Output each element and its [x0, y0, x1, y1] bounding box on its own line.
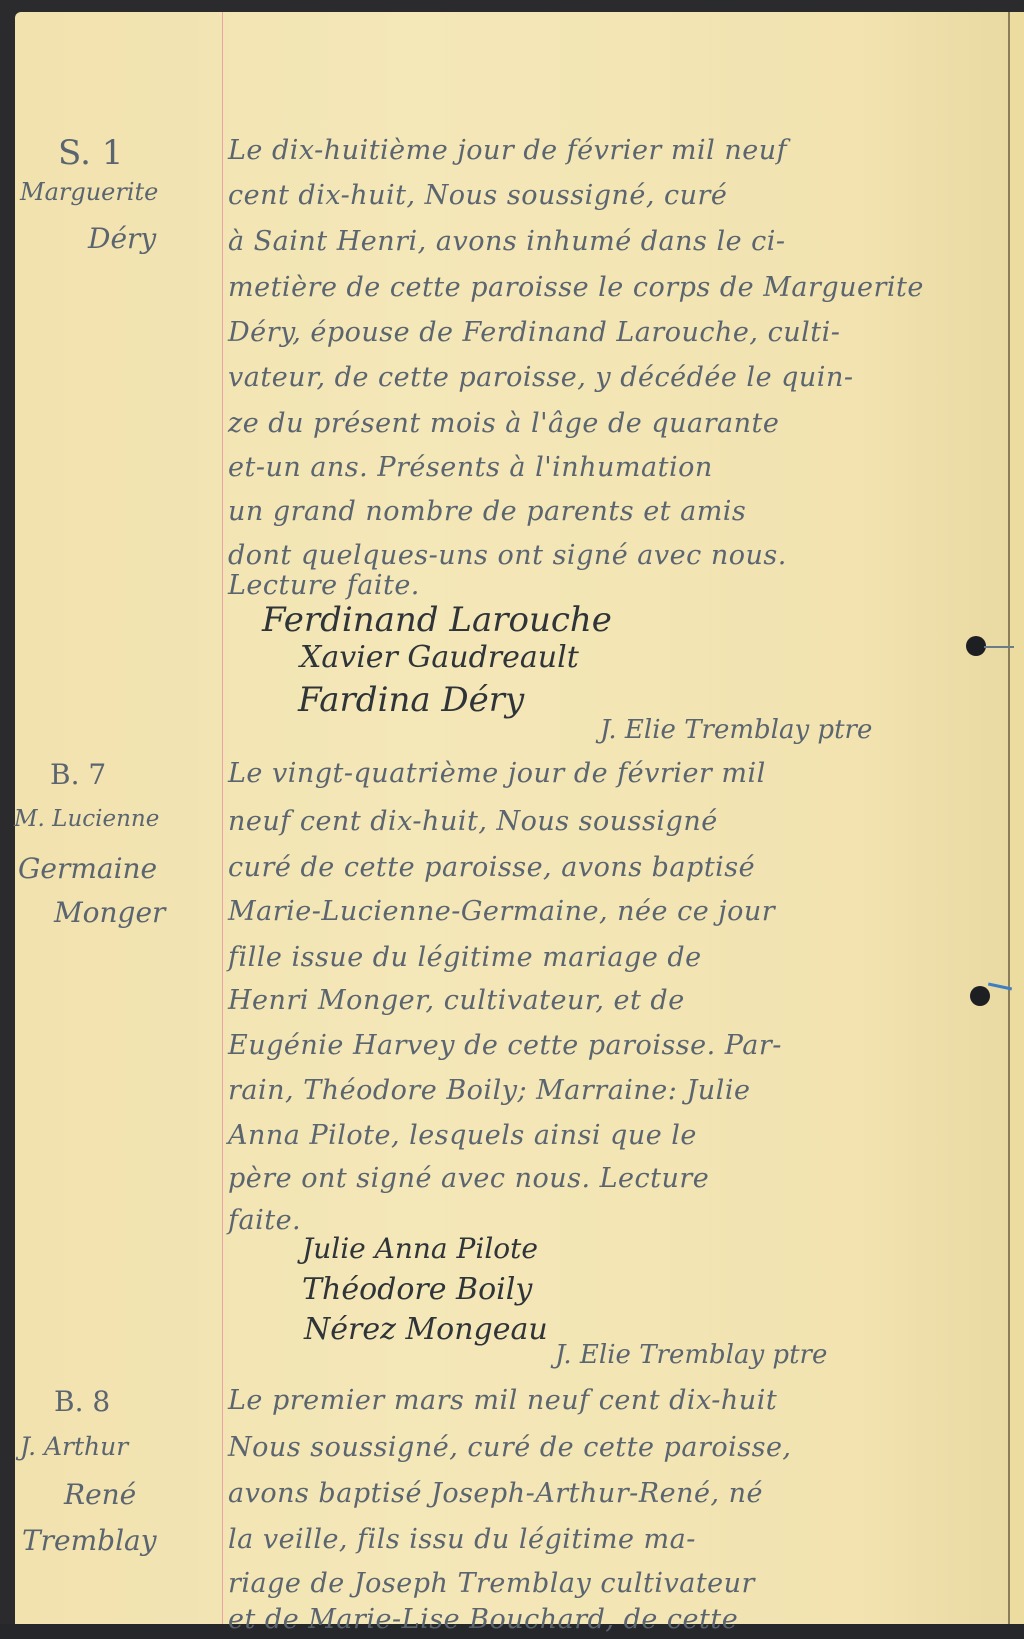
entry-line: la veille, fils issu du légitime ma- [228, 1524, 696, 1555]
entry-line: curé de cette paroisse, avons baptisé [228, 852, 755, 883]
priest-signature: J. Elie Tremblay ptre [600, 715, 872, 745]
signature: Julie Anna Pilote [302, 1232, 538, 1265]
entry-line: faite. [228, 1205, 301, 1236]
signature: Théodore Boily [302, 1272, 532, 1307]
margin-surname: Monger [54, 896, 165, 929]
entry-line: Déry, épouse de Ferdinand Larouche, cult… [228, 317, 840, 348]
entry-line: fille issue du légitime mariage de [228, 942, 702, 973]
priest-signature: J. Elie Tremblay ptre [555, 1340, 827, 1370]
margin-surname: Déry [88, 222, 156, 255]
entry-line: un grand nombre de parents et amis [228, 496, 746, 527]
entry-line: avons baptisé Joseph-Arthur-René, né [228, 1478, 763, 1509]
margin-name: J. Arthur [20, 1432, 128, 1461]
binding-hole-icon [966, 636, 986, 656]
margin-name: Germaine [18, 852, 157, 885]
margin-name: M. Lucienne [14, 806, 159, 832]
signature: Ferdinand Larouche [262, 600, 612, 640]
entry-line: Le dix-huitième jour de février mil neuf [228, 135, 787, 166]
thread-mark [984, 646, 1014, 648]
entry-line: et-un ans. Présents à l'inhumation [228, 452, 713, 483]
entry-line: Anna Pilote, lesquels ainsi que le [228, 1120, 697, 1151]
margin-name: Marguerite [20, 178, 158, 206]
entry-line: Le premier mars mil neuf cent dix-huit [228, 1385, 777, 1416]
entry-line: neuf cent dix-huit, Nous soussigné [228, 806, 718, 837]
entry-line: Marie-Lucienne-Germaine, née ce jour [228, 896, 775, 927]
entry-line: dont quelques-uns ont signé avec nous. [228, 540, 787, 571]
margin-rule [222, 12, 223, 1624]
signature: Fardina Déry [298, 680, 524, 720]
entry-line: riage de Joseph Tremblay cultivateur [228, 1568, 755, 1599]
adjacent-page-edge [1008, 12, 1024, 1624]
margin-surname: Tremblay [22, 1524, 157, 1557]
entry-line: ze du présent mois à l'âge de quarante [228, 408, 779, 439]
entry-number: B. 7 [50, 758, 106, 791]
signature: Nérez Mongeau [304, 1312, 548, 1347]
entry-line: Lecture faite. [228, 570, 420, 601]
entry-line: cent dix-huit, Nous soussigné, curé [228, 180, 727, 211]
margin-name: René [64, 1478, 136, 1511]
signature: Xavier Gaudreault [300, 640, 579, 675]
entry-line: père ont signé avec nous. Lecture [228, 1163, 709, 1194]
entry-number: B. 8 [54, 1385, 110, 1418]
entry-line: à Saint Henri, avons inhumé dans le ci- [228, 226, 786, 257]
entry-line: Eugénie Harvey de cette paroisse. Par- [228, 1030, 782, 1061]
entry-number: S. 1 [58, 133, 123, 173]
entry-line: vateur, de cette paroisse, y décédée le … [228, 362, 853, 393]
entry-line: Le vingt-quatrième jour de février mil [228, 758, 766, 789]
entry-line: Nous soussigné, curé de cette paroisse, [228, 1432, 792, 1463]
entry-line: Henri Monger, cultivateur, et de [228, 985, 685, 1016]
entry-line: et de Marie-Lise Bouchard, de cette [228, 1604, 738, 1635]
entry-line: rain, Théodore Boily; Marraine: Julie [228, 1075, 750, 1106]
binding-hole-icon [970, 986, 990, 1006]
entry-line: metière de cette paroisse le corps de Ma… [228, 272, 924, 303]
